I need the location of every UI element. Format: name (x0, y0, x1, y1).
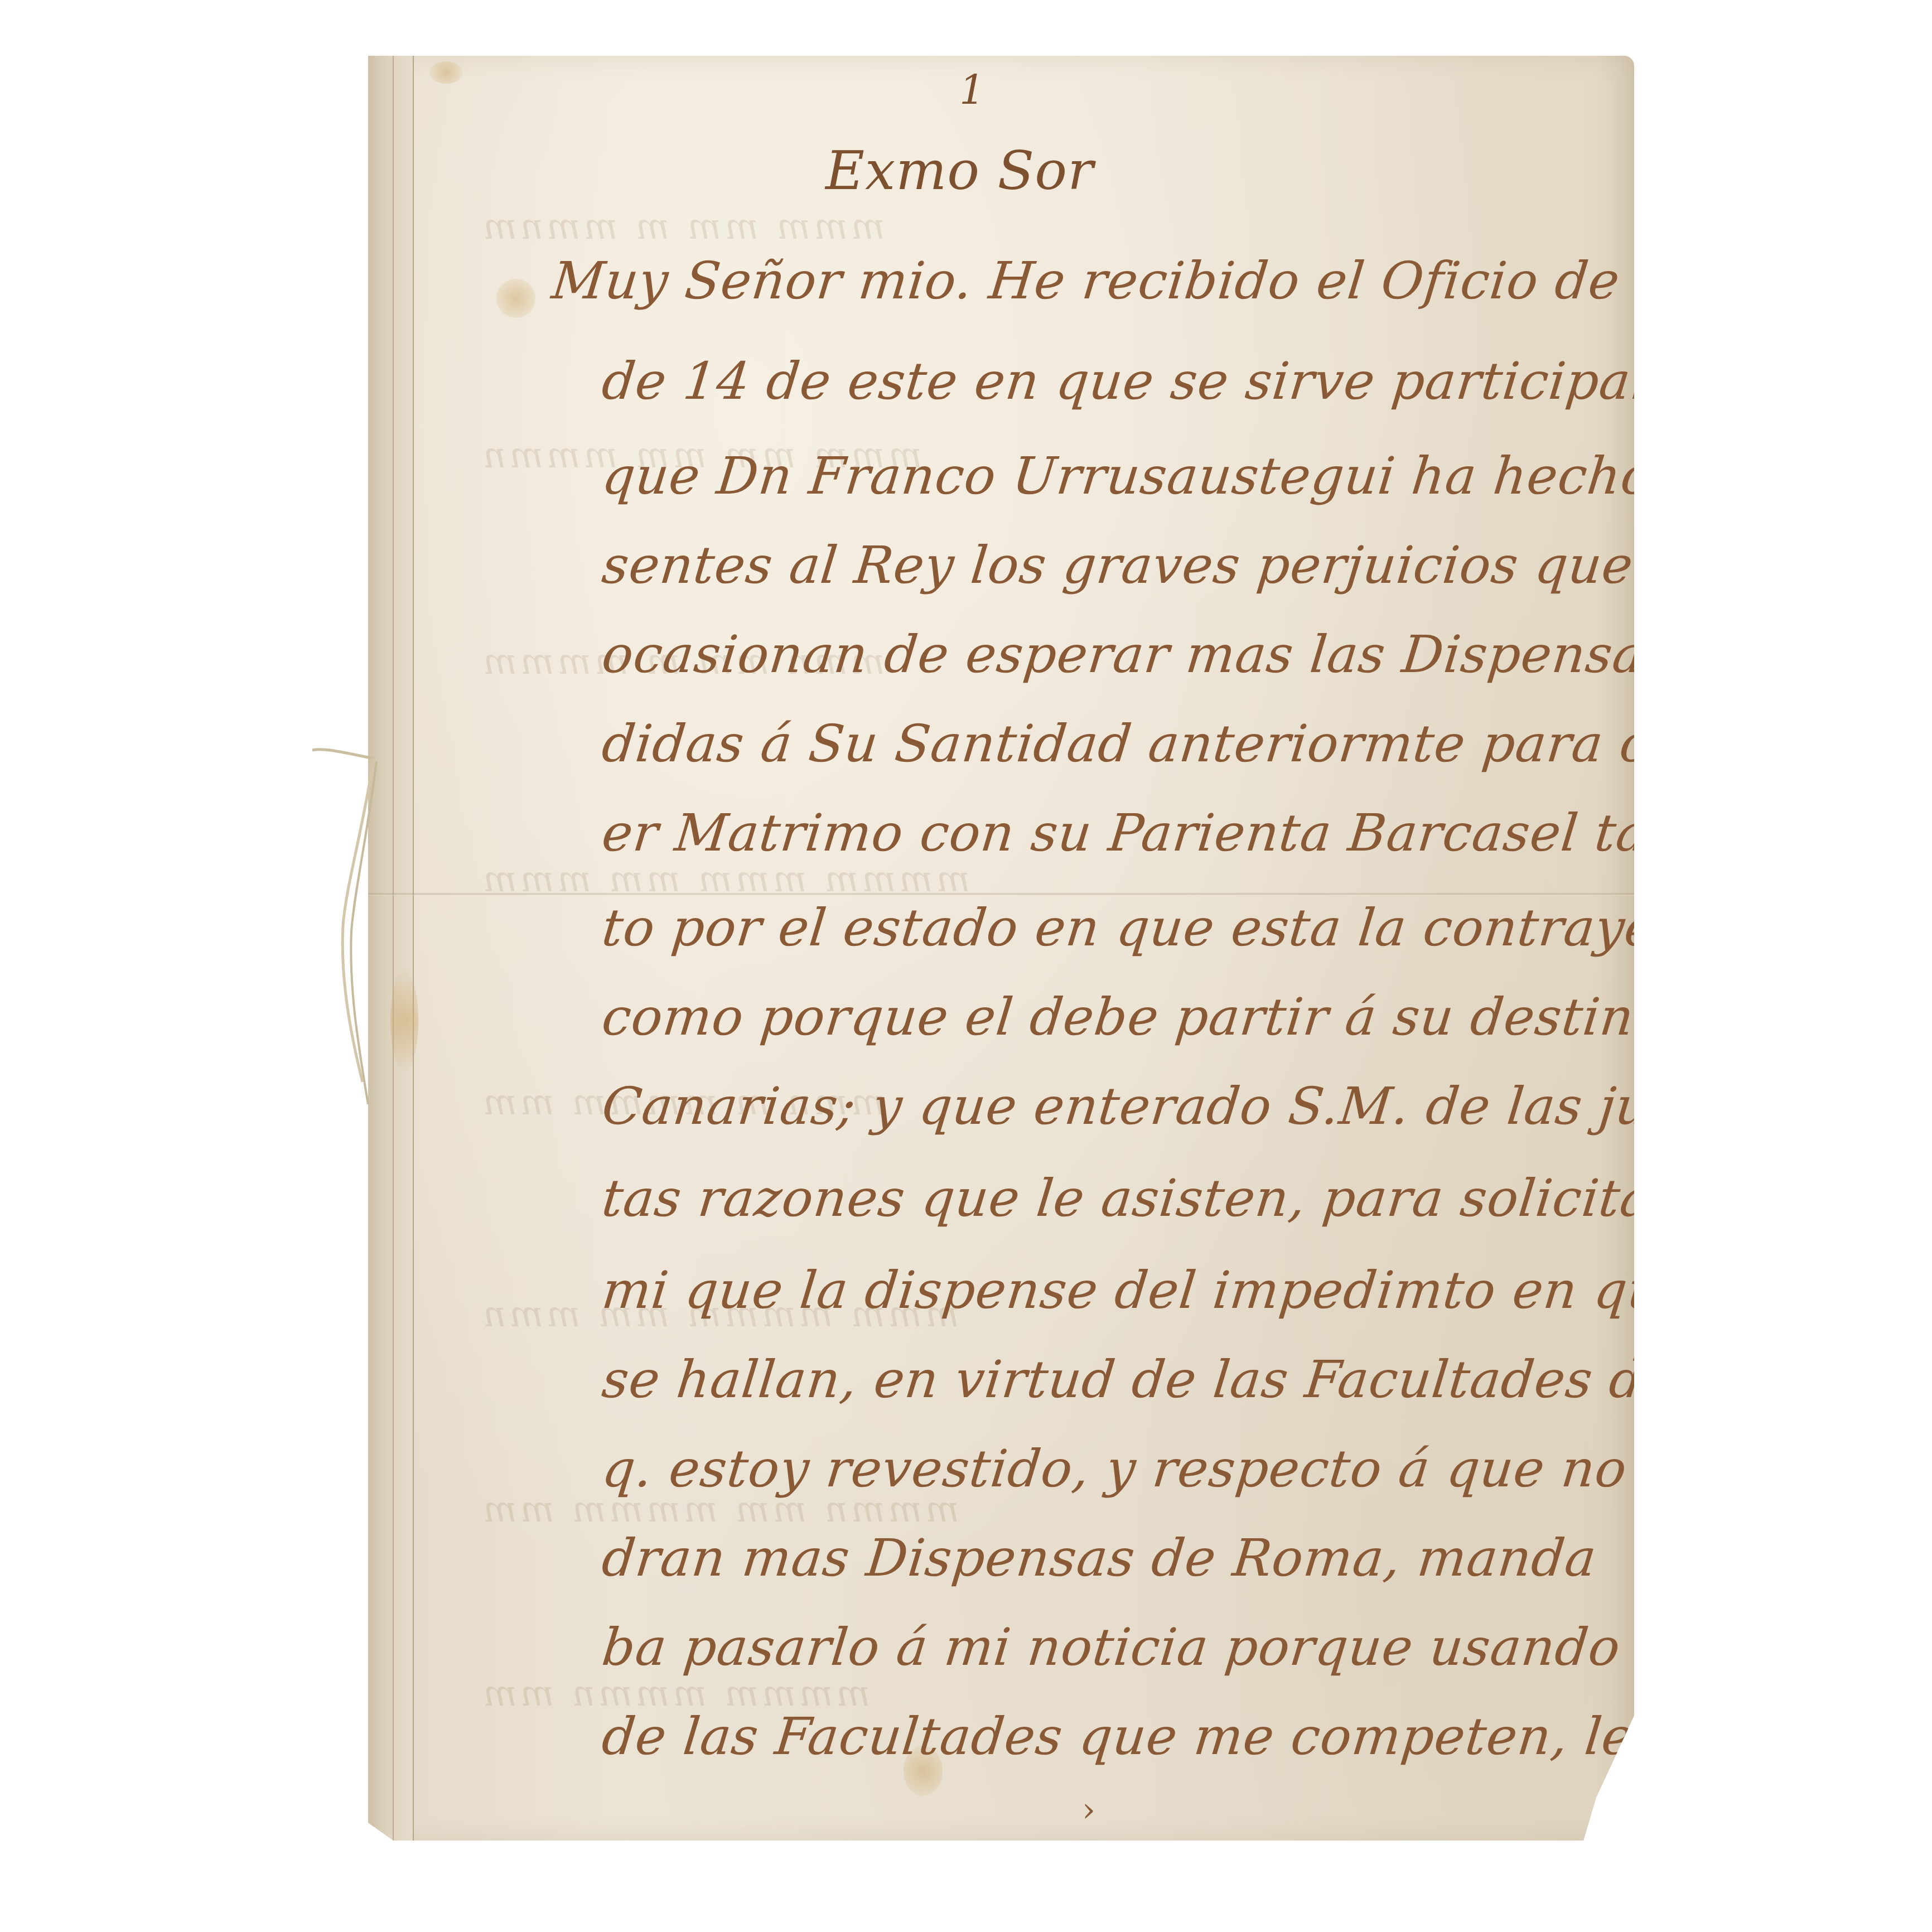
letter-line: como porque el debe partir á su destino … (599, 987, 1581, 1047)
letter-line: tas razones que le asisten, para solicit… (599, 1168, 1581, 1228)
letter-line: ba pasarlo á mi noticia porque usando (599, 1617, 1581, 1677)
salutation: Exmo Sor (825, 139, 1094, 202)
letter-line: Muy Señor mio. He recibido el Oficio de … (549, 251, 1581, 311)
letter-line: Canarias; y que enterado S.M. de las jus (599, 1076, 1581, 1136)
letter-line: que Dn Franco Urrusaustegui ha hecho pre (599, 446, 1581, 506)
paper-stain (429, 61, 463, 84)
binding-spine (368, 56, 414, 1841)
letter-line: de las Facultades que me competen, le di… (599, 1707, 1581, 1766)
letter-line: dran mas Dispensas de Roma, manda (599, 1528, 1581, 1588)
paper-stain (390, 970, 418, 1071)
bleed-through-text: mmm mm m mmnm (480, 206, 885, 248)
letter-line: didas á Su Santidad anteriormte para con… (599, 714, 1581, 774)
letter-line: er Matrimo con su Parienta Barcasel tan (599, 803, 1581, 863)
spine-fold-line (393, 56, 394, 1841)
letter-line: ocasionan de esperar mas las Dispensas p… (599, 625, 1581, 684)
letter-line: q. estoy revestido, y respecto á que no … (599, 1439, 1581, 1499)
letter-line: to por el estado en que esta la contraye… (599, 898, 1581, 958)
letter-line: sentes al Rey los graves perjuicios que … (599, 535, 1581, 595)
page-number: 1 (959, 67, 986, 114)
photo-stage: mmm mm m mmnm mmm mm mm mmmn mmn mm m mm… (0, 0, 1932, 1932)
paper-stain (496, 279, 535, 318)
letter-line: mi que la dispense del impedimto en que (599, 1260, 1581, 1320)
letter-line: se hallan, en virtud de las Facultades d… (599, 1350, 1581, 1409)
manuscript-page: mmm mm m mmnm mmm mm mm mmmn mmn mm m mm… (368, 56, 1634, 1841)
catchword-mark: › (1082, 1790, 1095, 1829)
bleed-through-text: mmmm mmm mm mmm (480, 859, 970, 900)
letter-line: de 14 de este en que se sirve participar… (599, 351, 1581, 411)
